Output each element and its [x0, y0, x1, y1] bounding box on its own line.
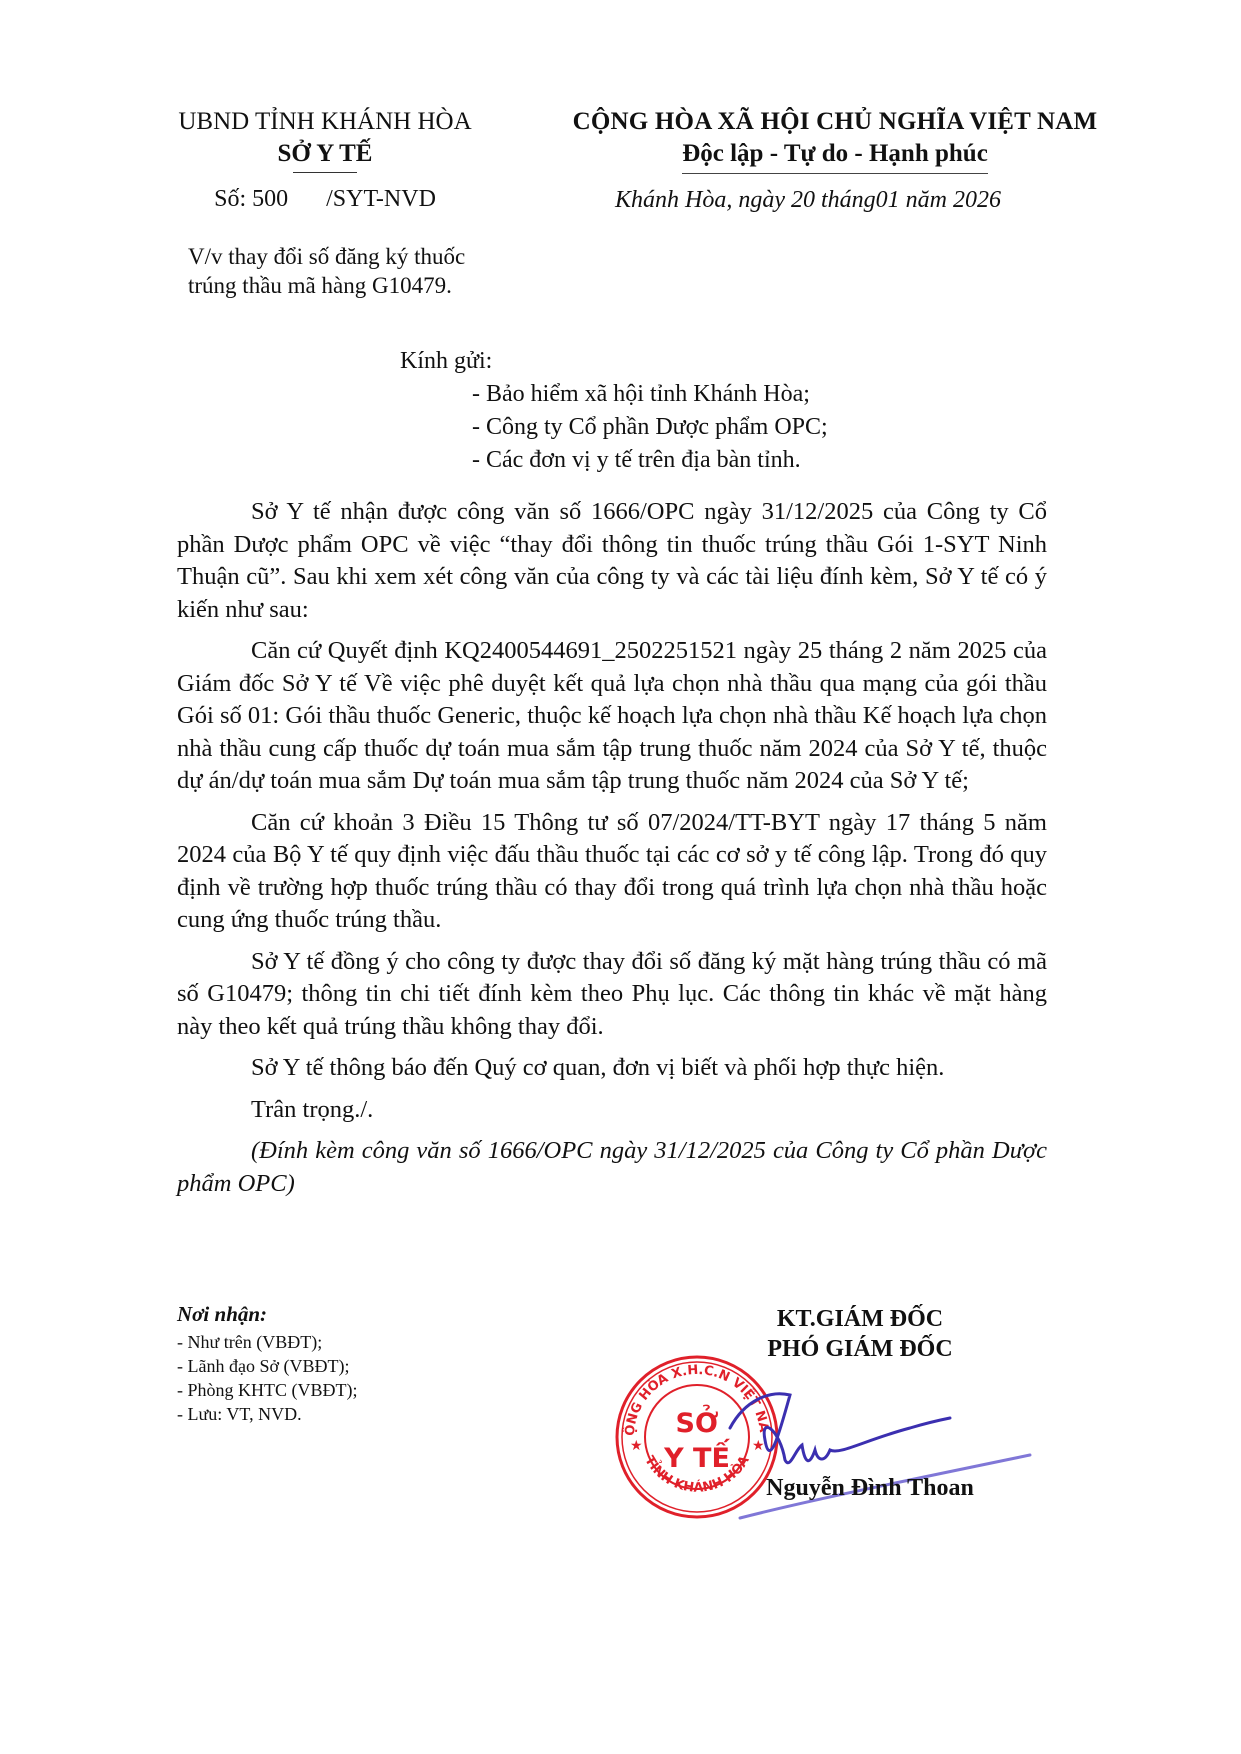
closing-line: Trân trọng./.	[177, 1094, 1047, 1127]
recipient-item: - Công ty Cổ phần Dược phẩm OPC;	[400, 411, 828, 444]
recipient-item: - Bảo hiểm xã hội tỉnh Khánh Hòa;	[400, 378, 828, 411]
document-number-prefix: Số: 500	[214, 186, 288, 212]
body-paragraph: Sở Y tế thông báo đến Quý cơ quan, đơn v…	[177, 1052, 1047, 1085]
body-paragraph: Căn cứ khoản 3 Điều 15 Thông tư số 07/20…	[177, 807, 1047, 937]
department-name: SỞ Y TẾ	[278, 138, 373, 170]
svg-text:★: ★	[630, 1438, 643, 1454]
attachment-note: (Đính kèm công văn số 1666/OPC ngày 31/1…	[177, 1135, 1047, 1200]
recipient-item: - Các đơn vị y tế trên địa bàn tỉnh.	[400, 444, 828, 477]
letter-body: Sở Y tế nhận được công văn số 1666/OPC n…	[177, 496, 1047, 1209]
subject-line-2: trúng thầu mã hàng G10479.	[188, 271, 548, 300]
body-paragraph: Sở Y tế đồng ý cho công ty được thay đổi…	[177, 946, 1047, 1044]
issuing-agency-block: UBND TỈNH KHÁNH HÒA SỞ Y TẾ Số: 500/SYT-…	[160, 106, 490, 215]
document-subject: V/v thay đổi số đăng ký thuốc trúng thầu…	[188, 242, 548, 300]
nation-title: CỘNG HÒA XÃ HỘI CHỦ NGHĨA VIỆT NAM	[555, 106, 1115, 138]
agency-name: UBND TỈNH KHÁNH HÒA	[160, 106, 490, 138]
place-and-date: Khánh Hòa, ngày 20 tháng01 năm 2026	[555, 184, 1115, 216]
body-paragraph: Sở Y tế nhận được công văn số 1666/OPC n…	[177, 496, 1047, 626]
recipients-list: - Bảo hiểm xã hội tỉnh Khánh Hòa; - Công…	[400, 378, 828, 477]
subject-line-1: V/v thay đổi số đăng ký thuốc	[188, 242, 548, 271]
national-header-block: CỘNG HÒA XÃ HỘI CHỦ NGHĨA VIỆT NAM Độc l…	[555, 106, 1115, 216]
body-paragraph: Căn cứ Quyết định KQ2400544691_250225152…	[177, 635, 1047, 798]
national-motto: Độc lập - Tự do - Hạnh phúc	[682, 138, 988, 174]
distribution-item: - Phòng KHTC (VBĐT);	[177, 1378, 358, 1402]
distribution-item: - Lưu: VT, NVD.	[177, 1402, 358, 1426]
document-number-suffix: /SYT-NVD	[326, 186, 436, 212]
recipients-block: Kính gửi: - Bảo hiểm xã hội tỉnh Khánh H…	[400, 345, 828, 477]
distribution-item: - Như trên (VBĐT);	[177, 1330, 358, 1354]
distribution-item: - Lãnh đạo Sở (VBĐT);	[177, 1354, 358, 1378]
signatory-title-line-1: KT.GIÁM ĐỐC	[700, 1304, 1020, 1334]
handwritten-signature-icon	[690, 1370, 1050, 1530]
signer-name: Nguyễn Đình Thoan	[700, 1475, 1040, 1502]
distribution-title: Nơi nhận:	[177, 1302, 358, 1326]
distribution-list: Nơi nhận: - Như trên (VBĐT); - Lãnh đạo …	[177, 1302, 358, 1426]
recipients-label: Kính gửi:	[400, 345, 828, 378]
document-number: Số: 500/SYT-NVD	[160, 183, 490, 215]
department-underline	[293, 172, 357, 173]
